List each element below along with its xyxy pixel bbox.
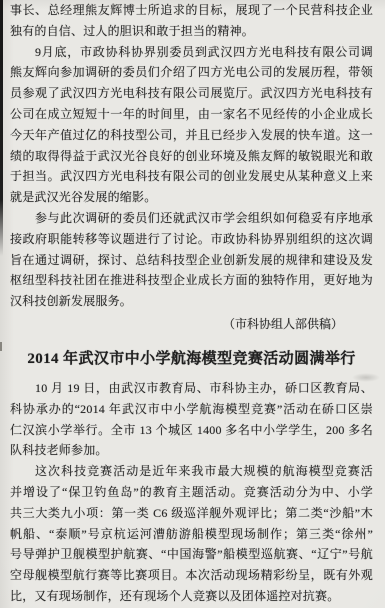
text-line: 旨在通过调研，探讨、总结科技型企业创新发展的规律和建设及发挥 [10,250,373,271]
text-line: 共三大类九小项：第一类 C6 级巡洋舰外观评比；第二类“沙船”木 [10,503,373,524]
article-title: 2014 年武汉市中小学航海模型竞赛活动圆满举行 [10,347,373,371]
document-page: 事长、总经理熊友辉博士所追求的目标，展现了一个民营科技企业家 独有的自信、过人的… [0,0,385,608]
text-line: 汉科技创新发展服务。 [10,291,373,312]
text-line: 比，又有现场制作，还有现场个人竞赛以及团体遥控对抗赛。 [10,586,373,607]
text-line: 队科技老师参加。 [10,440,373,461]
paragraph: 9月底，市政协科协界别委员到武汉四方光电科技有限公司调研， 熊友辉向参加调研的委… [10,42,373,208]
text-line: 员参观了武汉四方光电科技有限公司展览厅。武汉四方光电科技有限 [10,83,373,104]
scan-speck [0,342,2,351]
attribution-byline: （市科协组人部供稿） [10,312,373,336]
text-line: 这次科技竞赛活动是近年来我市最大规模的航海模型竞赛活动， [10,461,373,482]
text-line: 独有的自信、过人的胆识和敢于担当的精神。 [10,21,373,42]
text-line: 接政府职能转移等议题进行了讨论。市政协科协界别组织的这次调研 [10,229,373,250]
text-line: 公司在成立短短十一年的时间里，由一家名不见经传的小企业成长为 [10,104,373,125]
paragraph: 10 月 19 日，由武汉市教育局、市科协主办，硚口区教育局、区 科协承办的“2… [10,378,373,461]
text-line: 并增设了“保卫钓鱼岛”的教育主题活动。竞赛活动分为中、小学组， [10,482,373,503]
text-line: 仁汉滨小学举行。全市 13 个城区 1400 多名中小学学生，200 多名带 [10,420,373,441]
text-line: 今天年产值过亿的科技型公司，并且已经步入发展的快车道。这一成 [10,125,373,146]
paragraph: 参与此次调研的委员们还就武汉市学会组织如何稳妥有序地承 接政府职能转移等议题进行… [10,208,373,312]
text-line: 参与此次调研的委员们还就武汉市学会组织如何稳妥有序地承 [10,208,373,229]
paragraph: 事长、总经理熊友辉博士所追求的目标，展现了一个民营科技企业家 独有的自信、过人的… [10,0,373,42]
text-line: 空母舰模型航行赛等比赛项目。本次活动现场精彩纷呈，既有外观评 [10,565,373,586]
text-line: 9月底，市政协科协界别委员到武汉四方光电科技有限公司调研， [10,42,373,63]
text-line: 绩的取得得益于武汉光谷良好的创业环境及熊友辉的敏锐眼光和敢 [10,146,373,167]
text-line: 科协承办的“2014 年武汉市中小学航海模型竞赛”活动在硚口区崇 [10,399,373,420]
text-line: 10 月 19 日，由武汉市教育局、市科协主办，硚口区教育局、区 [10,378,373,399]
text-line: 熊友辉向参加调研的委员们介绍了四方光电公司的发展历程，带领委 [10,62,373,83]
text-line: 帆船、“泰顺”号京杭运河漕舫游船模型现场制作；第三类“徐州” [10,524,373,545]
paragraph: 这次科技竞赛活动是近年来我市最大规模的航海模型竞赛活动， 并增设了“保卫钓鱼岛”… [10,461,373,607]
scan-edge-artifact [0,0,3,256]
text-line: 号导弹护卫舰模型护航赛、“中国海警”船模型巡航赛、“辽宁”号航 [10,544,373,565]
text-line: 就是武汉光谷发展的缩影。 [10,187,373,208]
text-line: 事长、总经理熊友辉博士所追求的目标，展现了一个民营科技企业家 [10,0,373,21]
text-line: 枢纽型科技社团在推进科技型企业成长方面的独特作用，更好地为武 [10,270,373,291]
page-content: 事长、总经理熊友辉博士所追求的目标，展现了一个民营科技企业家 独有的自信、过人的… [10,0,373,607]
text-line: 于担当。武汉四方光电科技有限公司的创业发展史从某种意义上来讲 [10,166,373,187]
